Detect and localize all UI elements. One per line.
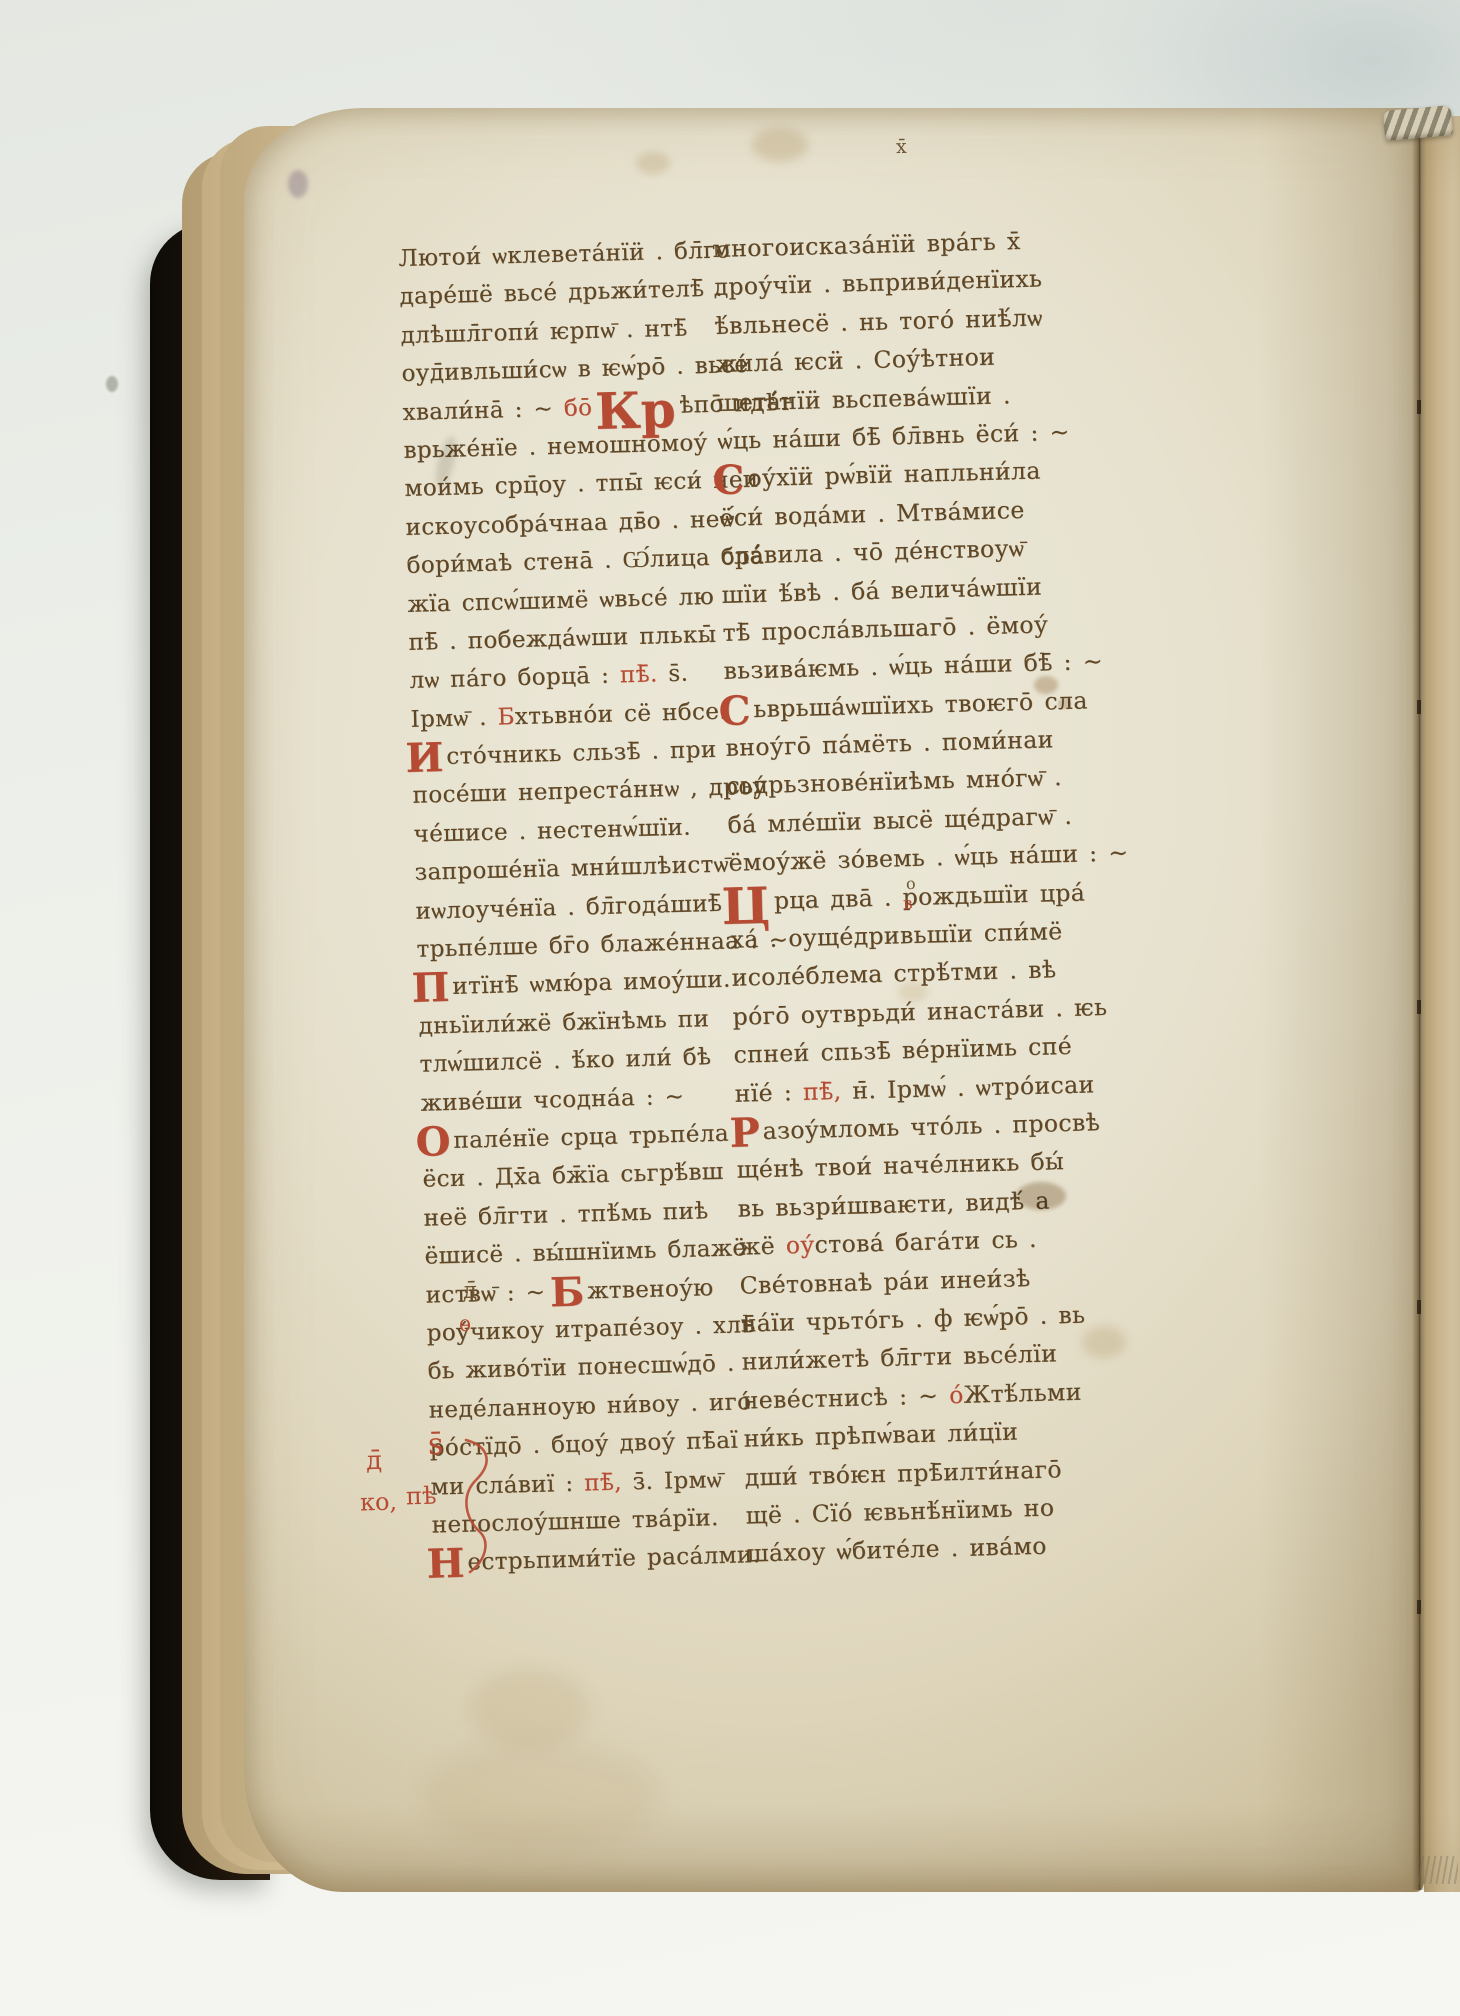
- ink-text: ха́ . оуще́дривьшїи спи́мё: [730, 917, 1063, 954]
- ink-text: даре́шё вьсе́ дрьжи́телѣ̄ .: [399, 276, 723, 310]
- ink-text: ёшисё . вы́шнїимь блажё: [424, 1235, 746, 1269]
- marginal-rubric-note: пѣ: [406, 1484, 437, 1509]
- ink-text: Лютои́ ѡклевета́нїӥ . бл̄го: [398, 237, 730, 272]
- ink-text: оуд̄ивльши́сѡ в ѥѡ́рō . вьсе́: [401, 352, 748, 387]
- text-column-left: Лютои́ ѡклевета́нїӥ . бл̄годаре́шё вьсе́…: [398, 232, 751, 1584]
- ink-text: жїа спсѡ́шимё ѡвьсе́ лю: [407, 583, 714, 617]
- ink-text: бори́маѣ стена̄ . Ѡ́лица бра́: [406, 544, 764, 579]
- ink-text: посе́ши непреста́ннѡ , дроу́: [412, 774, 767, 809]
- rubric-text: пѣ̄.: [620, 662, 658, 689]
- ink-text: вь вьзри́шваѥти, видѣ́ а: [737, 1186, 1050, 1222]
- ink-text: хвали́на̄ : ~: [402, 395, 564, 425]
- ink-text: лѡ па́го борца̄ :: [409, 663, 620, 694]
- ink-text: бь живо́тїи понесшѡ́дō .: [427, 1351, 735, 1385]
- ink-text: стова́ бага́ти сь .: [814, 1225, 1037, 1259]
- ink-text: хтьвно́и сё нбсе.: [514, 698, 727, 730]
- ink-text: жё: [738, 1232, 786, 1261]
- rubric-initial: С: [712, 457, 745, 505]
- column-chapter-mark: о: [906, 876, 916, 892]
- ink-text: мои́мь срц̄оу . тпы̄ ѥси́ неи: [404, 467, 759, 502]
- facing-page-edge: [1424, 116, 1460, 1892]
- worn-gutter-fringe: [1416, 1856, 1458, 1884]
- rubric-text: о́: [949, 1381, 964, 1409]
- ink-text: Све́товнаѣ ра́и инеи́зѣ: [739, 1264, 1031, 1300]
- ink-text: з̄. Ірмѡ̄: [622, 1466, 723, 1495]
- ink-text: иѡлоуче́нїа . бл̄года́шиѣ̄: [415, 890, 722, 924]
- ink-text: роу́чикоу итрапе́зоу . хлѣ̄: [426, 1312, 756, 1347]
- ink-text: ѕ̄.: [657, 661, 688, 688]
- ink-text: сла́вила . чō де́нствоуѡ̄: [720, 534, 1024, 570]
- ink-text: ёси . Дх̄а бж̄їа сьгрѣ́вш: [422, 1159, 724, 1193]
- ink-text: вноу́гō па́мёть . поми́наи: [725, 725, 1054, 762]
- ink-text: ни́кь прѣпѡ́ваи ли́цїи: [743, 1418, 1018, 1453]
- ink-text: неве́стнисѣ : ~: [742, 1381, 949, 1414]
- ink-text: шета́нїӥ вьспева́ѡшїи .: [716, 381, 1011, 417]
- marginal-note: д̄: [463, 1280, 478, 1303]
- ink-text: дроу́чїи . вьприви́денїихь: [713, 265, 1042, 302]
- ink-text: сьдрьзнове́нїиѣмь мно́гѡ̄ .: [726, 764, 1062, 801]
- rubric-initial: И: [405, 734, 444, 782]
- ink-text: живе́ши чсодна́а : ~: [420, 1083, 684, 1116]
- ink-text: нили́жетѣ бл̄гти вьсе́лїи: [741, 1340, 1057, 1376]
- ink-text: че́шисе . нестенѡ́шїи.: [413, 814, 691, 847]
- binding-stitches: [1417, 400, 1421, 1700]
- rubric-initial: П: [411, 964, 450, 1012]
- ink-text: запроше́нїа мни́шлѣистѡ̄: [414, 852, 729, 886]
- ink-text: жтвеноу́ю: [587, 1275, 714, 1304]
- marginal-rubric-note: д̄: [366, 1448, 383, 1474]
- ink-text: ёмоу́жё зо́вемь . ѡ́ць на́ши : ~: [728, 839, 1129, 877]
- ink-text: н̄. Ірмѡ́ . ѡтро́исаи: [841, 1070, 1095, 1105]
- rubric-initial: Б: [549, 1268, 584, 1316]
- ink-text: ѡ́ць на́ши бѣ̄ бл̄внь ёси́ : ~: [717, 418, 1070, 455]
- ink-text: тѣ̄ просла́вльшагō . ёмоу́: [722, 610, 1048, 647]
- ink-text: ѣ́вльнесё . нь того́ ниѣ́лѡ: [714, 303, 1043, 340]
- ink-text: ьврьша́ѡшїихь твоѥгō сла: [753, 686, 1088, 723]
- spine-headband: [1383, 105, 1453, 141]
- ink-text: на́їи чрьто́гь . ф ѥѡ́рō . вь: [740, 1301, 1085, 1338]
- ink-text: щё . Сїо́ ѥвьнѣ́нїимь но: [745, 1493, 1054, 1529]
- ink-text: сто́чникь сльзѣ̄ . при: [446, 737, 717, 770]
- rubric-initial: О: [415, 1118, 451, 1166]
- ink-text: пале́нїе срца трьпе́ла: [453, 1121, 729, 1154]
- ink-text: азоу́мломь что́ль . просвѣ: [762, 1108, 1100, 1145]
- column-chapter-mark: в: [903, 896, 913, 913]
- ink-text: ёси́ вода́ми . Мтва́мисе: [719, 496, 1025, 532]
- ink-text: врьже́нїе . немошномоу́: [403, 430, 708, 464]
- marginal-rubric-note: ко,: [360, 1490, 398, 1515]
- photo-of-manuscript: { "photo": { "subject": "open medieval m…: [0, 0, 1460, 2016]
- ink-text: тлѡ́шилсё . ѣ́ко или́ бѣ: [419, 1044, 711, 1078]
- ink-text: исоле́блема стрѣ́тми . вѣ: [731, 956, 1057, 992]
- ink-text: длѣшл̄гопи́ ѥрпѡ̄ . нтѣ̄: [400, 315, 688, 349]
- ink-text: ро́гō оутврьди́ инаста́ви . ѥь: [732, 993, 1107, 1031]
- ink-text: оу́хїӥ рѡ́вїӥ напльни́ла: [747, 457, 1041, 493]
- ink-text: итїнѣ̄ ѡмю́ра имоу́ши.: [452, 967, 731, 1000]
- ink-text: ще́нѣ твои́ наче́лникь бы́: [736, 1147, 1064, 1184]
- ink-text: ба́ мле́шїи высё ще́драгѡ̄ .: [727, 802, 1072, 839]
- rubric-text: Б: [497, 704, 515, 730]
- rubric-flourish: [436, 1436, 506, 1576]
- ink-text: неё бл̄гти . тпѣ́мь пиѣ: [423, 1198, 709, 1231]
- ink-text: шїи ѣ́вѣ . ба́ велича́ѡшїи: [721, 572, 1042, 608]
- rubric-text: оу́: [785, 1231, 815, 1260]
- ink-text: вьзива́ѥмь . ѡ́ць на́ши бѣ̄ : ~: [723, 647, 1103, 685]
- quire-mark: х̄: [896, 138, 907, 157]
- text-column-right: многоисказа́нїӥ вра́гь х̄дроу́чїи . вьпр…: [712, 220, 1135, 1573]
- ink-text: дши́ тво́ѥн прѣ̄илти́нагō: [744, 1455, 1062, 1491]
- ink-text: неде́ланноую ни́воу . иго́: [428, 1389, 751, 1423]
- ink-text: естрьпими́тїе раса́лми.: [467, 1542, 761, 1576]
- ink-text: иствѡ̄ : ~: [425, 1279, 556, 1308]
- ink-text: Ірмѡ̄ .: [410, 704, 498, 732]
- rubric-text: пѣ̄,: [803, 1077, 842, 1106]
- ink-text: ша́хоу ѡ́бите́ле . ива́мо: [746, 1532, 1047, 1568]
- ink-text: Жтѣ́льми: [963, 1377, 1082, 1408]
- ink-text: нїе́ :: [734, 1078, 803, 1108]
- ink-text: многоисказа́нїӥ вра́гь х̄: [712, 227, 1021, 263]
- ink-text: спнеи́ спьзѣ̄ ве́рнїимь спе́: [733, 1032, 1072, 1069]
- ink-text: дньїили́жё бжїнѣмь пи: [418, 1006, 709, 1040]
- stain: [106, 376, 118, 392]
- rubric-text: пѣ̄,: [584, 1469, 622, 1496]
- ink-text: искоусобра́чнаа дв̄о . неѡ́: [405, 506, 735, 541]
- ink-text: жила́ ѥсӥ . Соу́ѣтнои: [715, 343, 995, 378]
- ink-text: пѣ̄ . побежда́ѡши плькы̄: [408, 622, 717, 656]
- ink-text: рца два̄ . рождьшїи цра́: [774, 878, 1086, 914]
- marginal-note: ѳ: [459, 1314, 472, 1336]
